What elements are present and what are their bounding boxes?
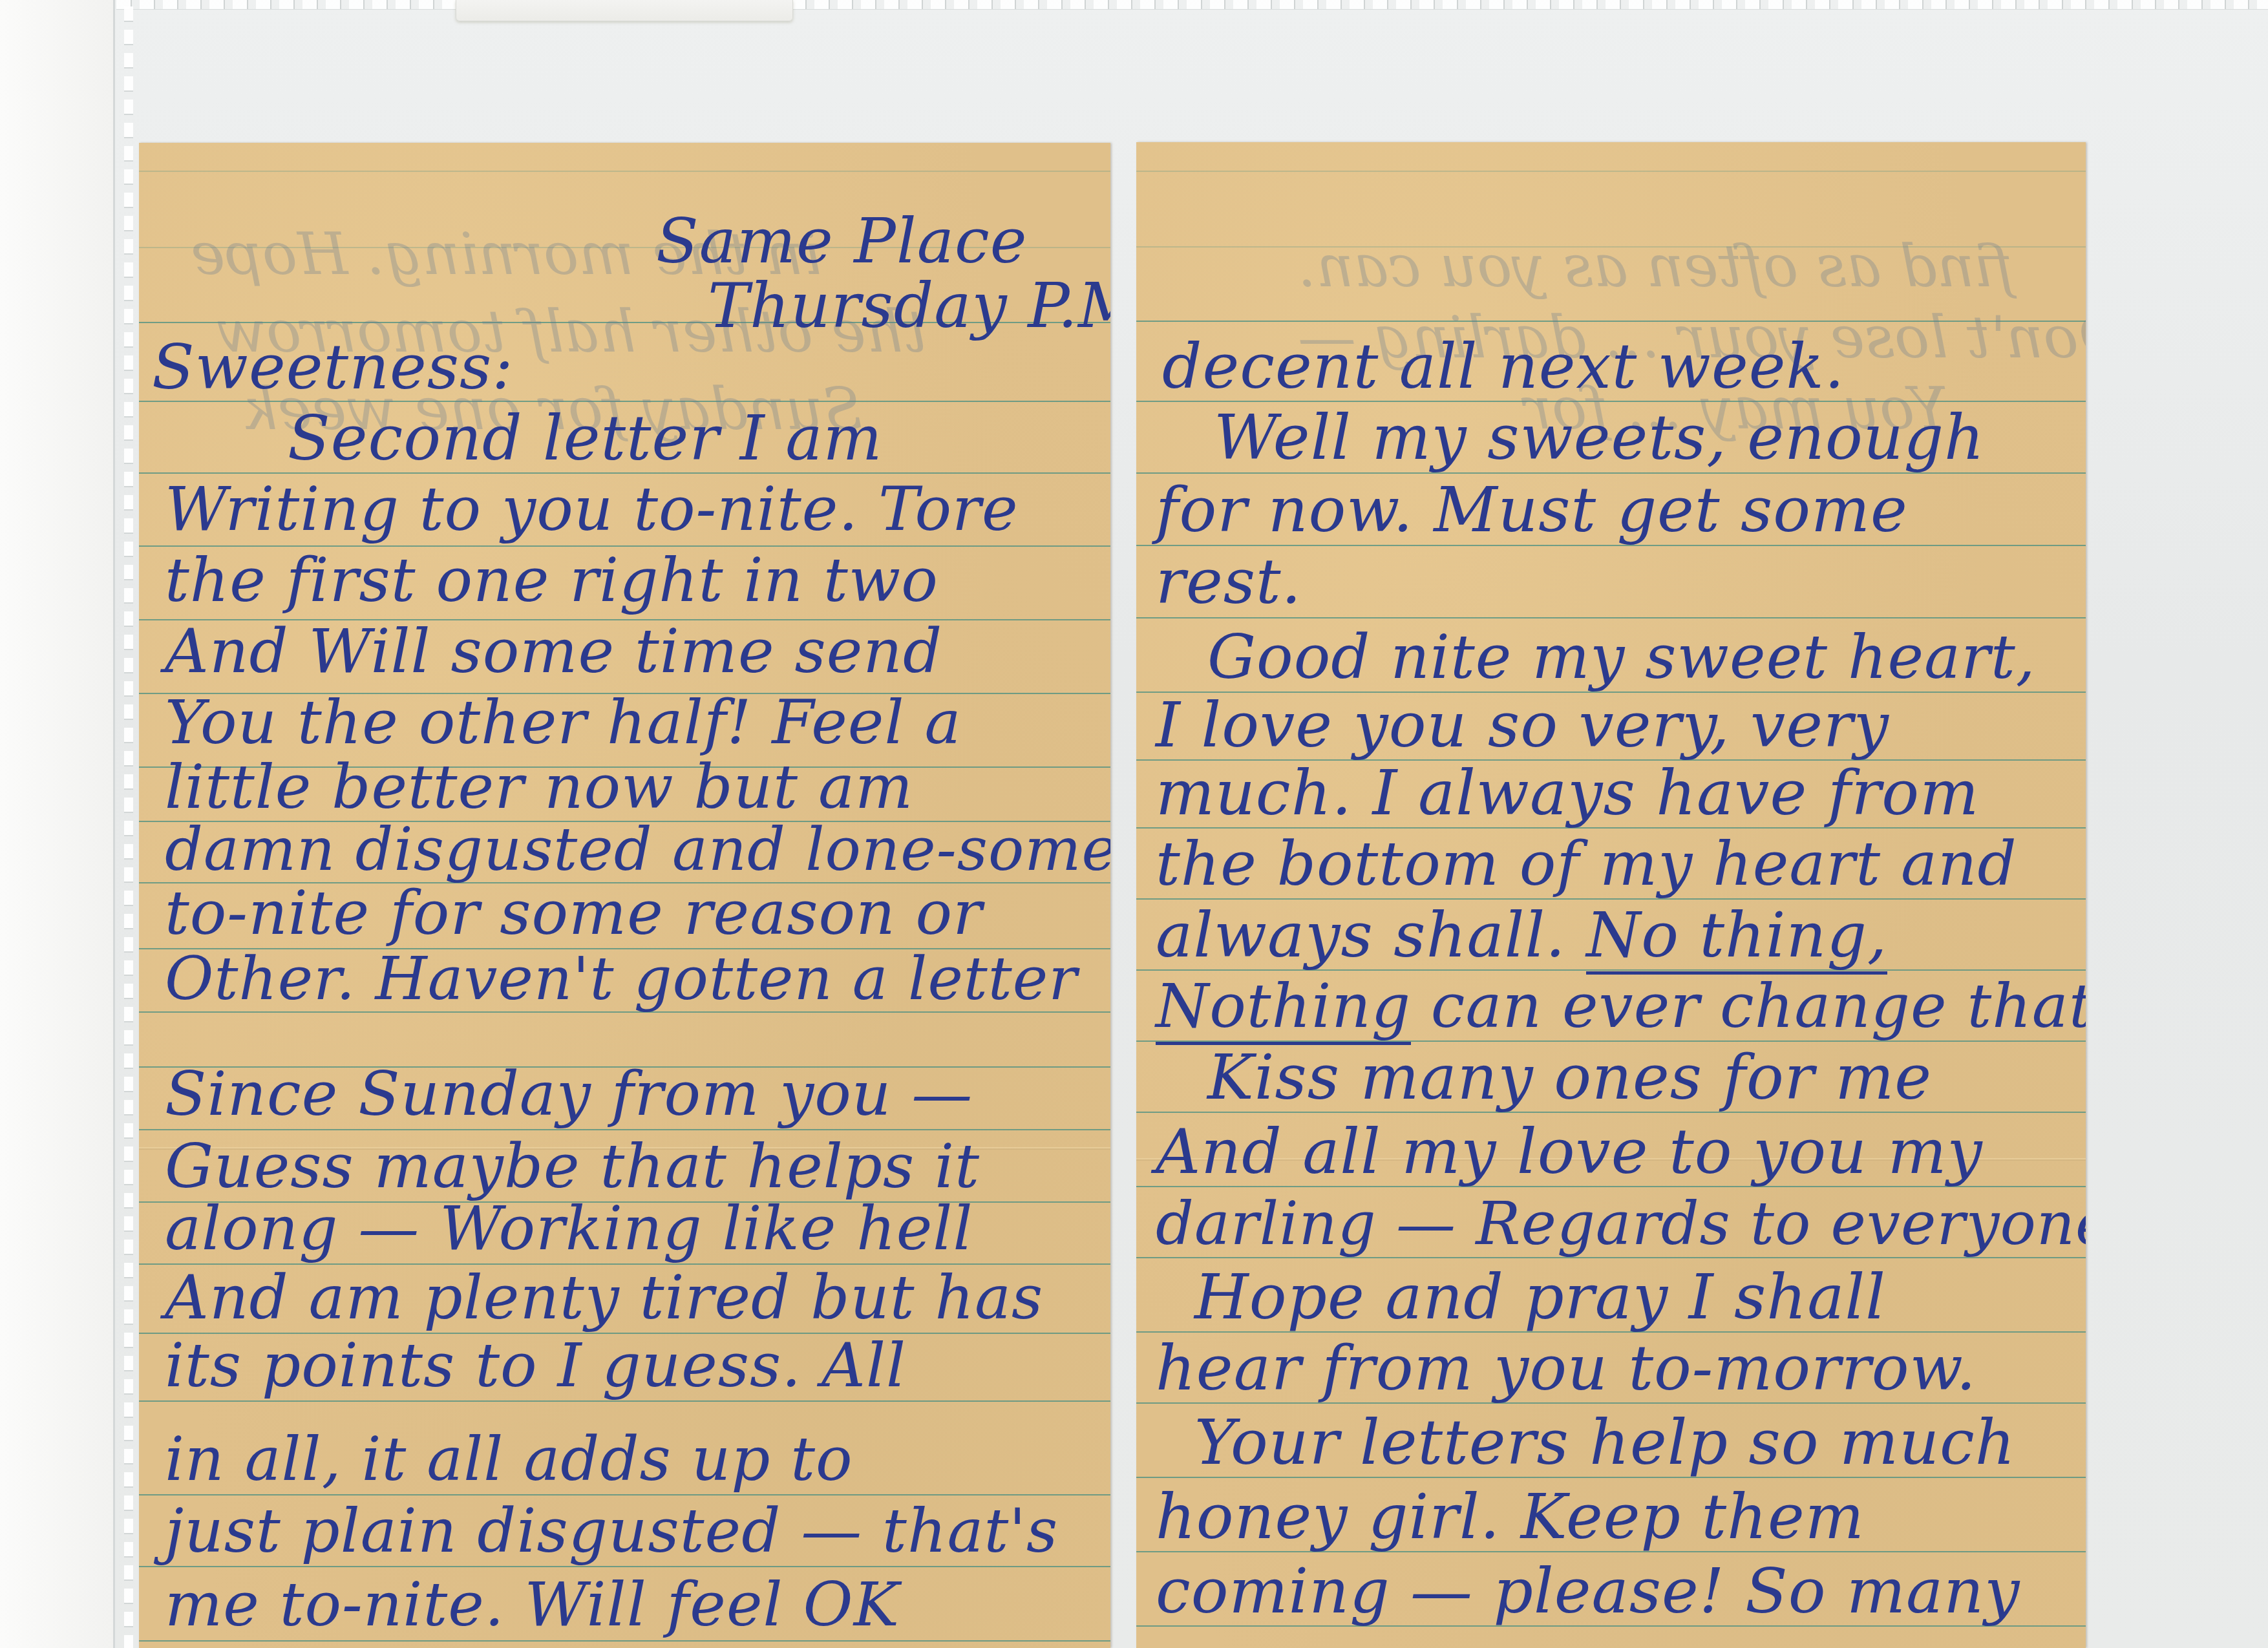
handwritten-text: Same Place [656,205,1027,277]
letter-page-left: in the morning. Hopethe other half tomor… [139,143,1110,1648]
handwritten-text: I love you so very, very [1156,689,1889,761]
handwritten-text: Since Sunday from you — [165,1059,973,1130]
handwritten-text: Well my sweets, enough [1214,401,1985,474]
handwritten-line: Sweetness: [152,336,514,398]
handwritten-line: Other. Haven't gotten a letter [165,949,1077,1009]
handwritten-line: its points to I guess. All [165,1336,906,1397]
handwritten-line: little better now but am [165,757,913,818]
handwritten-text: hear from you to-morrow. [1156,1332,1977,1404]
handwritten-text: You the other half! Feel a [165,688,962,758]
bleed-through-text: find as often as you can. [1298,233,2013,301]
handwritten-text: in all, it all adds up to [165,1424,853,1495]
handwritten-text: darling — Regards to everyone. [1156,1189,2086,1258]
underlined-text: Nothing [1156,971,1411,1045]
handwritten-line: Writing to you to-nite. Tore [165,480,1019,540]
handwritten-line: along — Working like hell [165,1199,973,1260]
handwritten-line: much. I always have from [1156,762,1979,824]
ruled-line [1136,171,2086,172]
handwritten-text: Hope and pray I shall [1194,1261,1886,1333]
handwritten-text: rest. [1156,545,1302,618]
handwritten-line: Same Place [656,210,1027,272]
handwritten-line: me to-nite. Will feel OK [165,1575,900,1636]
handwritten-line: Kiss many ones for me [1207,1046,1932,1108]
handwritten-line: in all, it all adds up to [165,1430,853,1490]
handwritten-line: the first one right in two [165,551,938,611]
handwritten-text: me to-nite. Will feel OK [165,1570,900,1640]
handwritten-text: Other. Haven't gotten a letter [165,944,1077,1013]
handwritten-text: Thursday P.M. [708,269,1110,342]
ruled-line [139,171,1110,172]
handwritten-line: And all my love to you my [1156,1121,1983,1183]
handwritten-line: And am plenty tired but has [165,1268,1043,1329]
handwritten-line: coming — please! So many [1156,1560,2020,1622]
handwritten-text: the first one right in two [165,545,938,616]
handwritten-text: Guess maybe that helps it [165,1132,980,1202]
handwritten-line: Nothing can ever change that. [1156,977,2086,1037]
handwritten-line: You the other half! Feel a [165,693,962,754]
handwritten-line: Well my sweets, enough [1214,407,1985,469]
handwritten-line: honey girl. Keep them [1156,1486,1865,1548]
handwritten-text: its points to I guess. All [165,1331,906,1401]
ruled-line [139,1640,1110,1642]
handwritten-text: And am plenty tired but has [165,1263,1043,1333]
handwritten-text: damn disgusted and lone-some [165,815,1110,884]
handwritten-line: Your letters help so much [1194,1411,2016,1474]
handwritten-line: hear from you to-morrow. [1156,1337,1977,1399]
underlined-text: No thing, [1586,899,1887,975]
handwritten-line: darling — Regards to everyone. [1156,1194,2086,1254]
handwritten-text: Second letter I am [288,402,883,474]
handwritten-text: And all my love to you my [1156,1115,1983,1188]
handwritten-text: little better now but am [165,752,913,823]
handwritten-text: for now. Must get some [1156,474,1908,546]
sleeve-perforation-top [116,0,2268,10]
handwritten-text: always shall. [1156,899,1586,971]
handwritten-text: Sweetness: [152,331,514,403]
handwritten-text: honey girl. Keep them [1156,1481,1865,1553]
handwritten-text: Good nite my sweet heart, [1207,622,2036,693]
handwritten-text: Kiss many ones for me [1207,1041,1932,1114]
handwritten-text: along — Working like hell [165,1194,973,1264]
handwritten-text: just plain disgusted — that's [165,1496,1058,1567]
handwritten-line: just plain disgusted — that's [165,1501,1058,1562]
sleeve-tab [456,0,793,21]
handwritten-text: And Will some time send [165,617,942,687]
letter-page-right: find as often as you can.Don't lose your… [1136,142,2086,1648]
handwritten-line: rest. [1156,551,1302,613]
handwritten-line: Second letter I am [288,407,883,469]
handwritten-line: damn disgusted and lone-some [165,820,1110,880]
handwritten-line: And Will some time send [165,622,942,682]
handwritten-text: decent all next week. [1162,330,1845,403]
handwritten-text: much. I always have from [1156,757,1979,829]
handwritten-text: to-nite for some reason or [165,878,982,949]
handwritten-line: Hope and pray I shall [1194,1266,1886,1328]
handwritten-line: decent all next week. [1162,335,1845,397]
handwritten-line: Thursday P.M. [708,275,1110,337]
handwritten-text: Your letters help so much [1194,1406,2016,1479]
handwritten-line: I love you so very, very [1156,694,1889,756]
handwritten-line: Guess maybe that helps it [165,1137,980,1198]
handwritten-text: coming — please! So many [1156,1555,2020,1627]
handwritten-line: the bottom of my heart and [1156,834,2017,895]
handwritten-line: Since Sunday from you — [165,1064,973,1125]
sleeve-perforation-left [124,6,133,1648]
handwritten-text: Writing to you to-nite. Tore [165,474,1019,545]
handwritten-line: Good nite my sweet heart, [1207,628,2036,688]
handwritten-line: to-nite for some reason or [165,883,982,944]
handwritten-text: can ever change that. [1411,971,2086,1042]
handwritten-line: for now. Must get some [1156,479,1908,541]
handwritten-text: the bottom of my heart and [1156,829,2017,900]
handwritten-line: always shall. No thing, [1156,904,1887,966]
scanner-background [0,0,113,1648]
